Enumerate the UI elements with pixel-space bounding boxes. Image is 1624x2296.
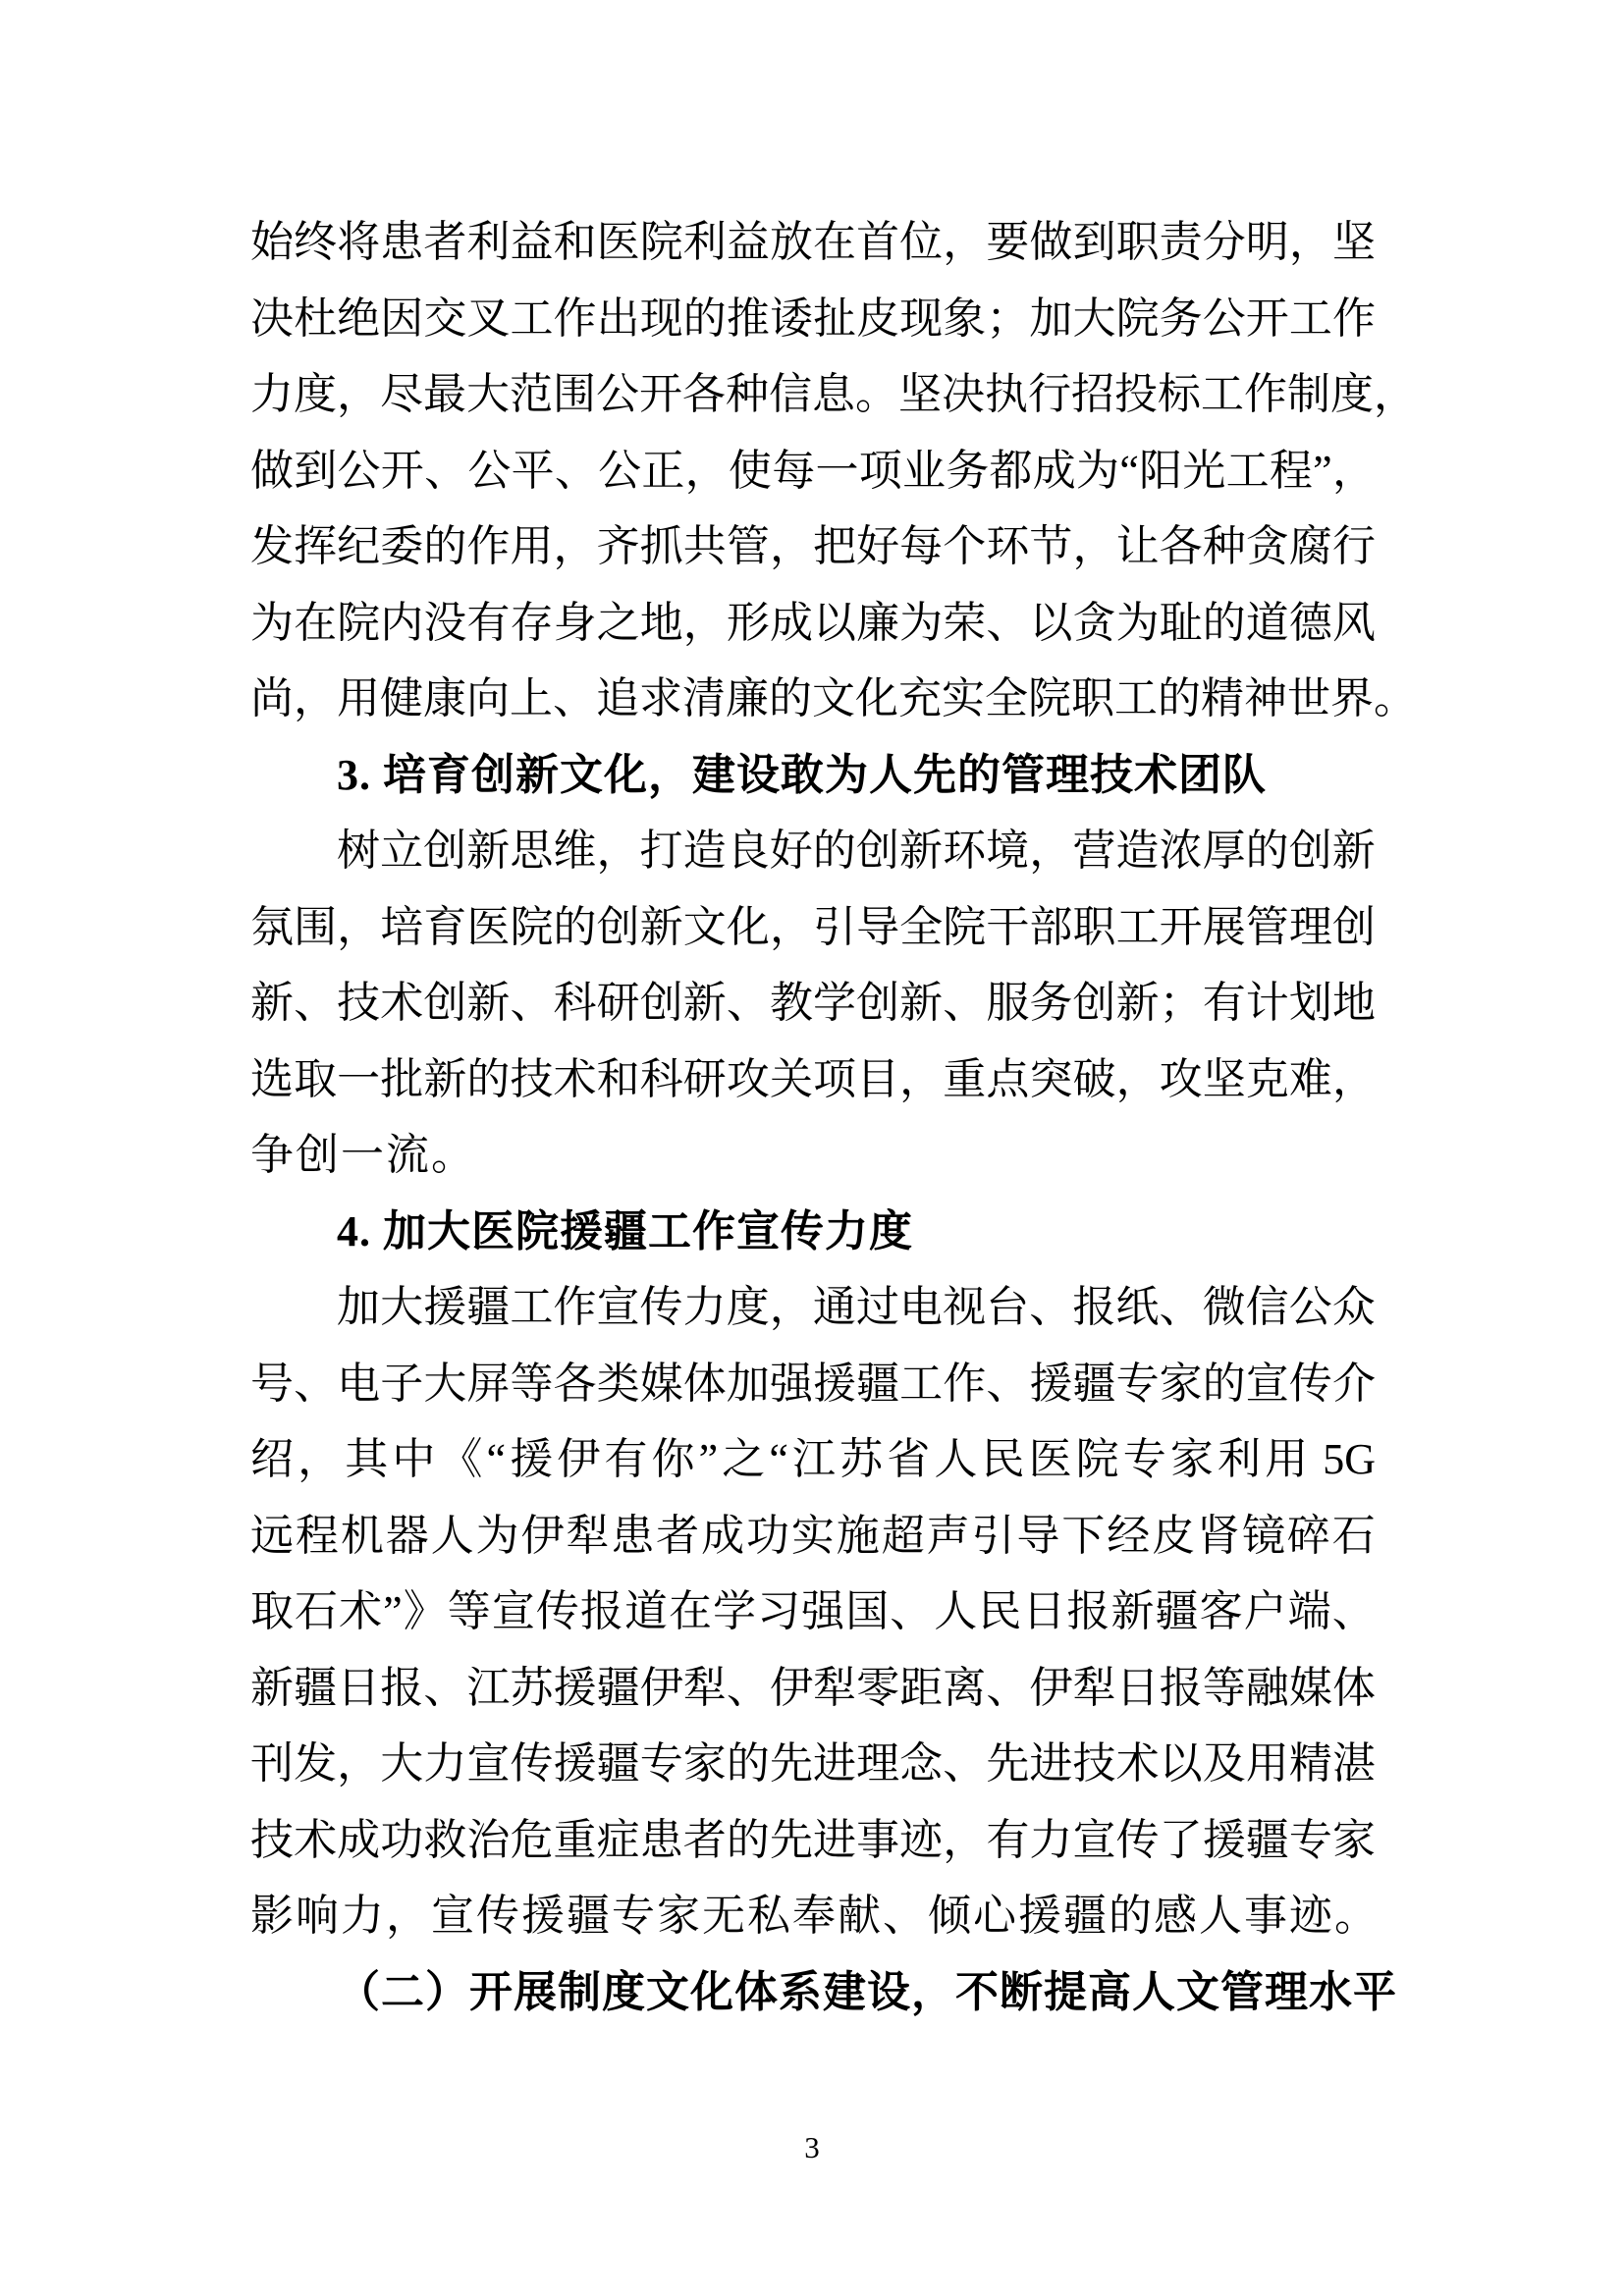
text-line: 树立创新思维，打造良好的创新环境，营造浓厚的创新 — [250, 823, 1376, 899]
page-number: 3 — [0, 2128, 1624, 2167]
text-line: 新、技术创新、科研创新、教学创新、服务创新；有计划地 — [250, 975, 1376, 1051]
text-line: 新疆日报、江苏援疆伊犁、伊犁零距离、伊犁日报等融媒体 — [250, 1660, 1376, 1736]
text-line: 做到公开、公平、公正，使每一项业务都成为“阳光工程”， — [250, 443, 1376, 519]
section-heading-2-2: （二）开展制度文化体系建设，不断提高人文管理水平 — [250, 1964, 1376, 2041]
text-line: 选取一批新的技术和科研攻关项目，重点突破，攻坚克难， — [250, 1051, 1376, 1128]
text-line: 取石术”》等宣传报道在学习强国、人民日报新疆客户端、 — [250, 1583, 1376, 1660]
text-line: 氛围，培育医院的创新文化，引导全院干部职工开展管理创 — [250, 899, 1376, 976]
text-line: 力度，尽最大范围公开各种信息。坚决执行招投标工作制度， — [250, 366, 1376, 443]
text-line: 争创一流。 — [250, 1127, 1376, 1203]
text-line: 加大援疆工作宣传力度，通过电视台、报纸、微信公众 — [250, 1279, 1376, 1356]
text-block: 始终将患者利益和医院利益放在首位，要做到职责分明，坚 决杜绝因交叉工作出现的推诿… — [250, 214, 1376, 2040]
text-line: 为在院内没有存身之地，形成以廉为荣、以贪为耻的道德风 — [250, 595, 1376, 671]
text-line: 绍，其中《“援伊有你”之“江苏省人民医院专家利用 5G — [250, 1431, 1376, 1508]
text-line: 决杜绝因交叉工作出现的推诿扯皮现象；加大院务公开工作 — [250, 291, 1376, 367]
text-line: 始终将患者利益和医院利益放在首位，要做到职责分明，坚 — [250, 214, 1376, 291]
text-line: 尚，用健康向上、追求清廉的文化充实全院职工的精神世界。 — [250, 670, 1376, 747]
section-heading-3: 3. 培育创新文化，建设敢为人先的管理技术团队 — [250, 747, 1376, 824]
section-heading-4: 4. 加大医院援疆工作宣传力度 — [250, 1203, 1376, 1280]
document-page: 始终将患者利益和医院利益放在首位，要做到职责分明，坚 决杜绝因交叉工作出现的推诿… — [0, 0, 1624, 2296]
text-line: 远程机器人为伊犁患者成功实施超声引导下经皮肾镜碎石 — [250, 1508, 1376, 1584]
text-line: 发挥纪委的作用，齐抓共管，把好每个环节，让各种贪腐行 — [250, 518, 1376, 595]
text-line: 影响力，宣传援疆专家无私奉献、倾心援疆的感人事迹。 — [250, 1888, 1376, 1964]
text-line: 技术成功救治危重症患者的先进事迹，有力宣传了援疆专家 — [250, 1812, 1376, 1889]
text-line: 号、电子大屏等各类媒体加强援疆工作、援疆专家的宣传介 — [250, 1356, 1376, 1432]
text-line: 刊发，大力宣传援疆专家的先进理念、先进技术以及用精湛 — [250, 1735, 1376, 1812]
